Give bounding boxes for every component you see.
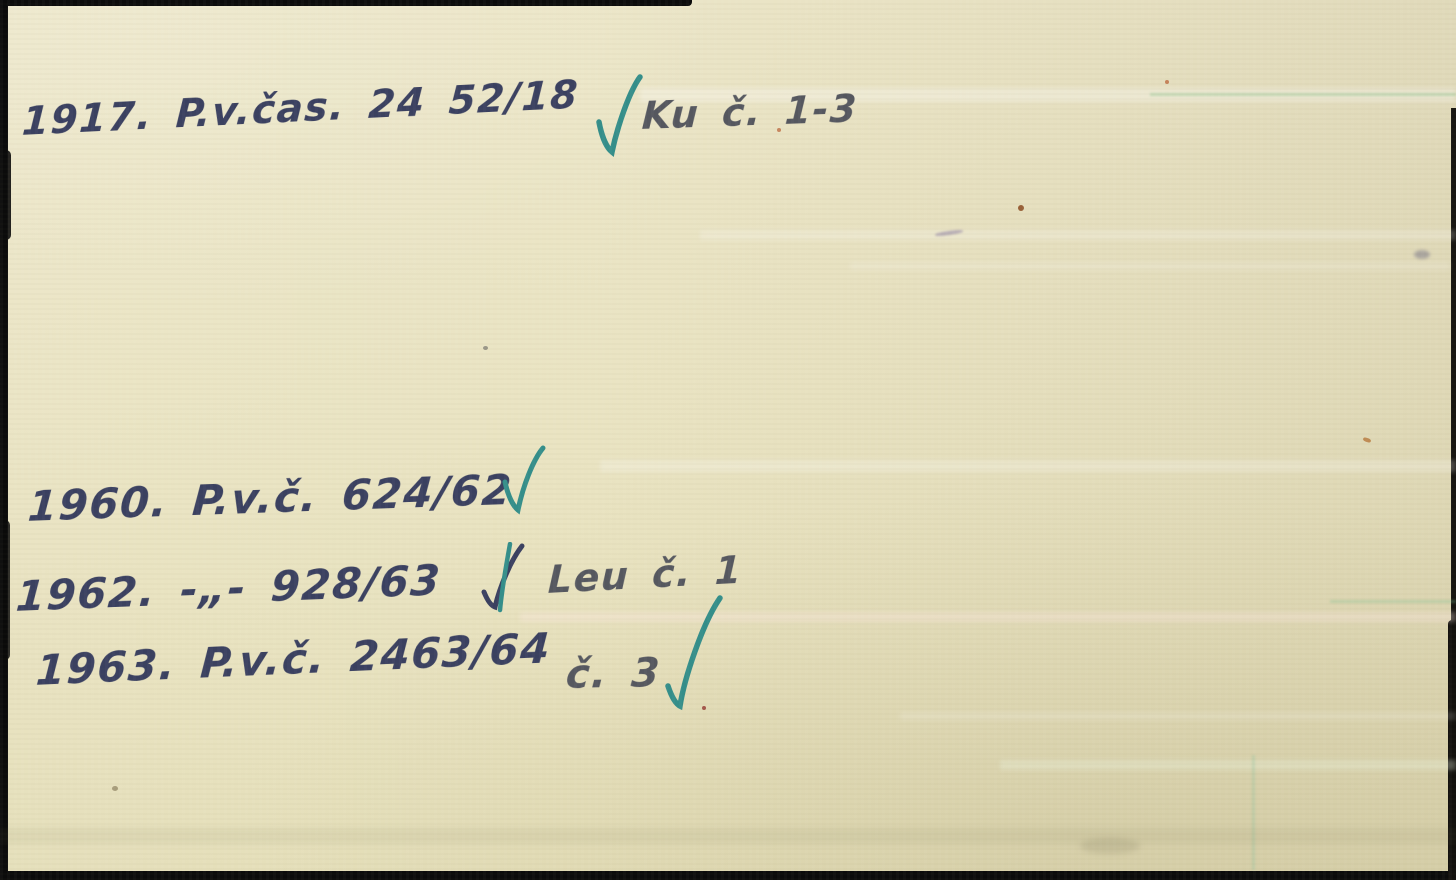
scanner-edge-right-thick (1448, 620, 1456, 880)
scan-artifact-band (1252, 755, 1255, 870)
scanned-card: 1917. P.v.čas. 24 52/18 Ku č. 1-3 1960. … (0, 0, 1456, 880)
entry-main-text: 1963. P.v.č. 2463/64 (34, 623, 552, 695)
paper-speck (1165, 80, 1169, 84)
scanner-edge-left-notch (0, 520, 10, 660)
teal-checkmark-icon (648, 588, 730, 714)
paper-smudge (1080, 838, 1140, 854)
teal-checkmark-icon (588, 72, 644, 158)
scan-artifact-band (700, 230, 1456, 240)
scan-artifact-band (1000, 760, 1456, 770)
scanner-edge-bottom (0, 871, 1456, 880)
scanner-edge-top (0, 0, 692, 6)
entry-main-text: 1960. P.v.č. 624/62 (26, 465, 514, 531)
scanner-edge-left-notch (0, 150, 11, 240)
scanner-edge-left (0, 0, 8, 880)
paper-smudge (1414, 250, 1430, 259)
scan-artifact-band (1150, 93, 1456, 96)
entry-annotation-text: Ku č. 1-3 (641, 86, 859, 138)
paper-speck (483, 346, 488, 350)
teal-checkmark-icon (497, 444, 547, 518)
ink-check-and-teal-tick-icon (478, 542, 532, 626)
paper-speck (1363, 437, 1372, 443)
scan-artifact-band (0, 828, 1456, 844)
scan-artifact-band (1330, 600, 1456, 603)
paper-smudge (935, 229, 963, 237)
scan-artifact-band (900, 712, 1456, 720)
entry-main-text: 1917. P.v.čas. 24 52/18 (21, 73, 580, 145)
paper-speck (1018, 205, 1024, 211)
paper-speck (112, 786, 118, 791)
entry-main-text: 1962. -„- 928/63 (14, 556, 442, 621)
scan-artifact-band (850, 262, 1450, 270)
scanner-edge-right (1451, 108, 1456, 880)
scan-artifact-band (600, 460, 1456, 472)
